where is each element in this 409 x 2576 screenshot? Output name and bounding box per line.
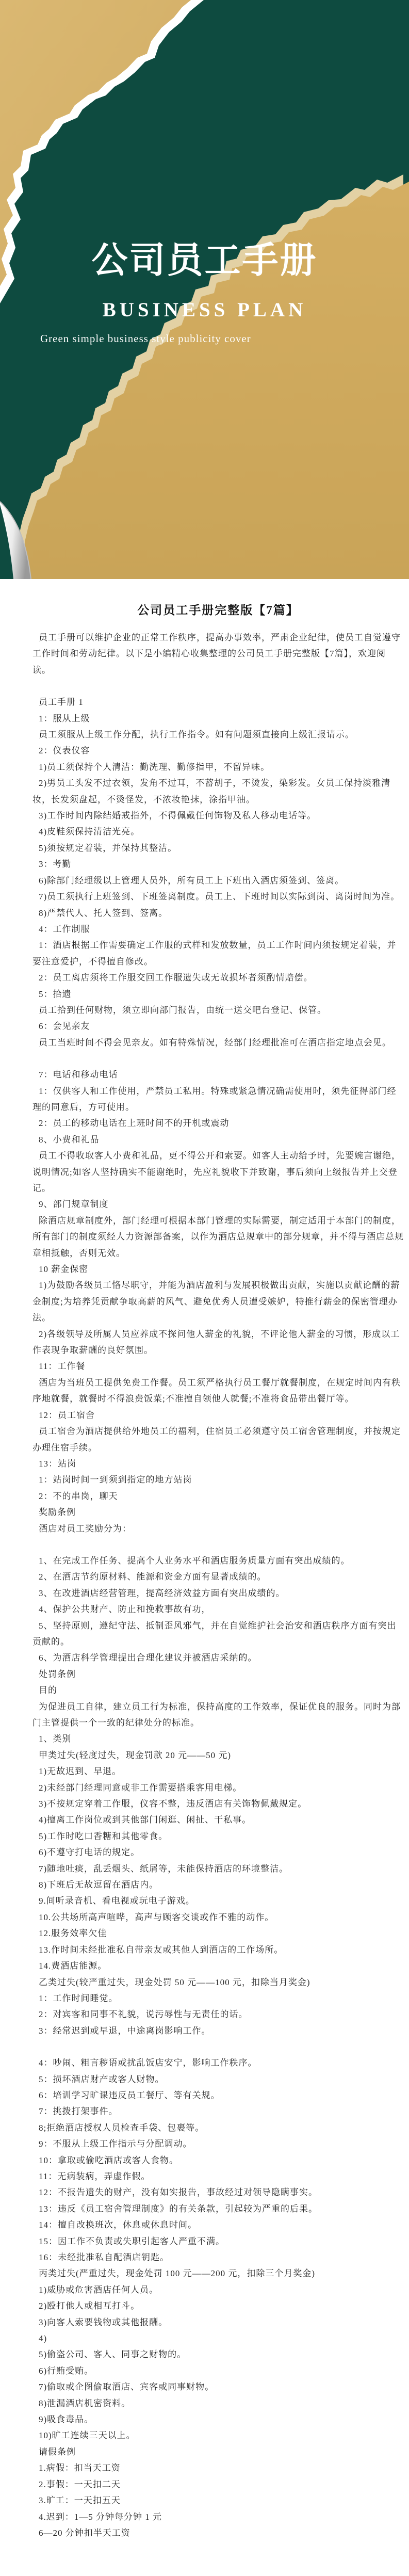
banner-subtitle: BUSINESS PLAN <box>0 298 409 321</box>
doc-paragraph: 14：擅自改换班次，休息或休息时间。 <box>32 2217 404 2233</box>
doc-paragraph: 4：工作制服 <box>32 921 404 937</box>
doc-paragraph: 13.作时间未经批准私自带亲友或其他人到酒店的工作场所。 <box>32 1942 404 1958</box>
doc-paragraph: 目的 <box>32 1682 404 1698</box>
doc-paragraph: 5)偷盗公司、客人、同事之财物的。 <box>32 2346 404 2362</box>
doc-paragraph: 9)吸食毒品。 <box>32 2411 404 2427</box>
doc-paragraph: 9：不服从上级工作指示与分配调动。 <box>32 2136 404 2152</box>
doc-paragraph: 7：挑拨打架事件。 <box>32 2103 404 2119</box>
page: 公司员工手册 BUSINESS PLAN Green simple busine… <box>0 0 409 2576</box>
doc-paragraph: 4：吵闹、粗言秽语或扰乱饭店安宁，影响工作秩序。 <box>32 2055 404 2071</box>
doc-paragraph: 2)殴打他人或相互打斗。 <box>32 2298 404 2314</box>
doc-paragraph: 6：培训学习旷课违反员工餐厅、等有关规。 <box>32 2087 404 2103</box>
doc-paragraph: 1：站岗时间一到须到指定的地方站岗 <box>32 1472 404 1488</box>
doc-paragraph: 6)除部门经理级以上管理人员外，所有员工上下班出入酒店须签到、签离。 <box>32 873 404 889</box>
doc-paragraph: 除酒店规章制度外，部门经理可根据本部门管理的实际需要，制定适用于本部门的制度，所… <box>32 1213 404 1261</box>
doc-paragraph: 员工手册 1 <box>32 694 404 710</box>
doc-paragraph: 5、坚持原则，遵纪守法、抵制歪风邪气，并在自觉维护社会治安和酒店秩序方面有突出贡… <box>32 1618 404 1650</box>
doc-paragraph: 6：会见亲友 <box>32 1018 404 1034</box>
doc-paragraph: 13：违反《员工宿舍管理制度》的有关条款，引起较为严重的后果。 <box>32 2201 404 2217</box>
doc-paragraph: 3)工作时间内除结婚戒指外，不得佩戴任何饰物及私人移动电话等。 <box>32 808 404 824</box>
doc-paragraph: 16：未经批准私自配酒店钥匙。 <box>32 2249 404 2265</box>
doc-paragraph: 2：对宾客和同事不礼貌，说污辱性与无责任的话。 <box>32 2006 404 2022</box>
doc-paragraph: 5：损坏酒店财产或客人财物。 <box>32 2071 404 2087</box>
doc-paragraph: 丙类过失(严重过失，现金处罚 100 元——200 元，扣除三个月奖金) <box>32 2265 404 2281</box>
document-body: 公司员工手册完整版【7篇】 员工手册可以维护企业的正常工作秩序，提高办事效率，严… <box>0 579 409 2556</box>
doc-paragraph: 10：拿取或偷吃酒店或客人食物。 <box>32 2152 404 2168</box>
doc-paragraph: 员工不得收取客人小费和礼品，更不得公开和索要。如客人主动给予时，先要婉言谢绝，说… <box>32 1148 404 1196</box>
torn-paper-graphic <box>0 0 409 579</box>
doc-paragraph: 10)旷工连续三天以上。 <box>32 2427 404 2443</box>
doc-paragraph: 6)不遵守打电话的规定。 <box>32 1844 404 1860</box>
doc-paragraph: 14.费酒店能源。 <box>32 1958 404 1974</box>
doc-paragraph: 2)未经部门经理同意或非工作需要搭乘客用电梯。 <box>32 1780 404 1796</box>
doc-paragraph: 1、类别 <box>32 1731 404 1747</box>
doc-paragraph: 8)泄漏酒店机密资料。 <box>32 2395 404 2411</box>
doc-paragraph: 4)皮鞋须保持清洁光亮。 <box>32 824 404 840</box>
doc-paragraph: 为促进员工自律，建立员工行为标准，保持高度的工作效率，保证优良的服务。同时为部门… <box>32 1699 404 1731</box>
doc-paragraph: 5：拾遗 <box>32 986 404 1002</box>
doc-paragraph: 乙类过失(较严重过失，现金处罚 50 元——100 元，扣除当月奖金) <box>32 1974 404 1990</box>
doc-paragraph: 员工宿舍为酒店提供给外地员工的福利，住宿员工必须遵守员工宿舍管理制度，并按规定办… <box>32 1423 404 1456</box>
doc-paragraph: 员工须服从上级工作分配，执行工作指令。如有问题须直接向上级汇报请示。 <box>32 727 404 743</box>
doc-paragraph: 2)男员工头发不过衣领，发角不过耳，不蓄胡子，不烫发，染彩发。女员工保持淡雅清妆… <box>32 775 404 808</box>
doc-paragraph: 11：无病装病，弄虚作假。 <box>32 2168 404 2184</box>
document-title: 公司员工手册完整版【7篇】 <box>32 603 404 618</box>
doc-paragraph: 1：仅供客人和工作使用，严禁员工私用。特殊或紧急情况确需使用时，须先征得部门经理… <box>32 1083 404 1116</box>
doc-paragraph: 7)偷取或企图偷取酒店、宾客或同事财物。 <box>32 2379 404 2395</box>
doc-paragraph: 13：站岗 <box>32 1456 404 1472</box>
cover-banner: 公司员工手册 BUSINESS PLAN Green simple busine… <box>0 0 409 579</box>
doc-paragraph: 1：服从上级 <box>32 711 404 727</box>
doc-paragraph: 5)须按规定着装，并保持其整洁。 <box>32 840 404 856</box>
doc-paragraph: 10.公共场所高声喧哗，高声与顾客交谈或作不雅的动作。 <box>32 1909 404 1925</box>
doc-paragraph: 4)擅离工作岗位或到其他部门闲逛、闲扯、干私事。 <box>32 1812 404 1828</box>
doc-paragraph: 2：仪表仪容 <box>32 743 404 759</box>
document-paragraphs: 员工手册可以维护企业的正常工作秩序，提高办事效率，严肃企业纪律，使员工自觉遵守工… <box>32 630 404 2541</box>
doc-paragraph: 处罚条例 <box>32 1666 404 1682</box>
doc-paragraph: 10 薪金保密 <box>32 1261 404 1277</box>
doc-paragraph: 11：工作餐 <box>32 1358 404 1374</box>
doc-paragraph: 1)员工须保持个人清洁：勤洗理、勤修指甲，不留异味。 <box>32 759 404 775</box>
doc-paragraph: 8)严禁代人、托人签到、签离。 <box>32 905 404 921</box>
doc-paragraph: 1：工作时间睡觉。 <box>32 1990 404 2006</box>
doc-paragraph: 3)不按规定穿着工作服，仪容不整，违反酒店有关饰物佩戴规定。 <box>32 1796 404 1812</box>
doc-paragraph: 酒店为当班员工提供免费工作餐。员工须严格执行员工餐厅就餐制度，在规定时间内有秩序… <box>32 1375 404 1407</box>
doc-paragraph: 7)随地吐痰，乱丢烟头、纸屑等，未能保持酒店的环境整洁。 <box>32 1861 404 1877</box>
doc-paragraph: 员工拾到任何财物，须立即向部门报告，由统一送交吧台登记、保管。 <box>32 1002 404 1018</box>
doc-paragraph: 2：员工的移动电话在上班时间不的开机或震动 <box>32 1115 404 1131</box>
doc-paragraph: 奖励条例 <box>32 1504 404 1520</box>
doc-paragraph: 3)向客人索要钱物或其他报酬。 <box>32 2314 404 2330</box>
doc-paragraph: 员工当班时间不得会见亲友。如有特殊情况，经部门经理批准可在酒店指定地点会见。 <box>32 1035 404 1051</box>
doc-paragraph: 12.服务效率欠佳 <box>32 1925 404 1941</box>
doc-paragraph: 6)行贿受贿。 <box>32 2363 404 2379</box>
doc-paragraph: 1.病假：扣当天工资 <box>32 2460 404 2476</box>
doc-paragraph: 1)为鼓励各级员工恪尽职守，并能为酒店盈利与发展积极做出贡献，实施以贡献论酬的薪… <box>32 1277 404 1326</box>
doc-paragraph: 15：因工作不负责或失职引起客人严重不满。 <box>32 2233 404 2249</box>
doc-paragraph: 2：员工离店须将工作服交回工作服遗失或无故损坏者须酌情赔偿。 <box>32 970 404 986</box>
doc-paragraph: 12：员工宿舍 <box>32 1407 404 1423</box>
doc-paragraph: 6、为酒店科学管理提出合理化建议并被酒店采纳的。 <box>32 1650 404 1666</box>
doc-paragraph: 3.旷工：一天扣五天 <box>32 2492 404 2508</box>
doc-paragraph: 2、在酒店节约原材料、能源和资金方面有显著成绩的。 <box>32 1569 404 1585</box>
doc-paragraph: 8;拒绝酒店授权人员检查手袋、包裹等。 <box>32 2120 404 2136</box>
doc-paragraph: 甲类过失(轻度过失，现金罚款 20 元——50 元) <box>32 1747 404 1763</box>
doc-paragraph: 1)无故迟到、早退。 <box>32 1763 404 1779</box>
doc-paragraph: 5)工作时吃口香糖和其他零食。 <box>32 1828 404 1844</box>
doc-paragraph: 4、保护公共财产、防止和挽救事故有功， <box>32 1601 404 1617</box>
doc-paragraph: 12：不报告遗失的财产，没有如实报告，事故经过对领导隐瞒事实。 <box>32 2184 404 2200</box>
doc-paragraph: 4.迟到：1—5 分钟每分钟 1 元 <box>32 2509 404 2525</box>
banner-title: 公司员工手册 <box>0 240 409 280</box>
doc-paragraph: 酒店对员工奖励分为： <box>32 1521 404 1537</box>
doc-paragraph: 3：经常迟到或早退，中途离岗影响工作。 <box>32 2023 404 2039</box>
doc-paragraph: 2)各级领导及所属人员应养成不探问他人薪金的礼貌，不评论他人薪金的习惯，形成以工… <box>32 1326 404 1359</box>
doc-paragraph: 6—20 分钟扣半天工资 <box>32 2525 404 2541</box>
doc-paragraph: 1)威胁或危害酒店任何人员。 <box>32 2282 404 2298</box>
doc-paragraph: 7)员工须执行上班签到、下班签离制度。员工上、下班时间以实际到岗、离岗时间为准。 <box>32 889 404 905</box>
doc-paragraph: 2：不的串岗，聊天 <box>32 1488 404 1504</box>
doc-paragraph: 3、在改进酒店经营管理，提高经济效益方面有突出成绩的。 <box>32 1585 404 1601</box>
doc-paragraph: 9.间听录音机、看电视或玩电子游戏。 <box>32 1893 404 1909</box>
doc-paragraph: 9、部门规章制度 <box>32 1196 404 1212</box>
doc-paragraph: 1、在完成工作任务、提高个人业务水平和酒店服务质量方面有突出成绩的。 <box>32 1553 404 1569</box>
doc-paragraph: 8)下班后无故逗留在酒店内。 <box>32 1877 404 1893</box>
doc-paragraph: 请假条例 <box>32 2444 404 2460</box>
doc-paragraph: 员工手册可以维护企业的正常工作秩序，提高办事效率，严肃企业纪律，使员工自觉遵守工… <box>32 630 404 678</box>
doc-paragraph: 1：酒店根据工作需要确定工作服的式样和发放数量，员工工作时间内须按规定着装，并要… <box>32 937 404 970</box>
doc-paragraph: 7：电话和移动电话 <box>32 1067 404 1083</box>
doc-paragraph: 2.事假：一天扣二天 <box>32 2476 404 2492</box>
doc-paragraph: 3：考勤 <box>32 856 404 872</box>
doc-paragraph: 4) <box>32 2330 404 2346</box>
doc-paragraph: 8、小费和礼品 <box>32 1132 404 1148</box>
banner-tagline: Green simple business style publicity co… <box>40 332 251 345</box>
